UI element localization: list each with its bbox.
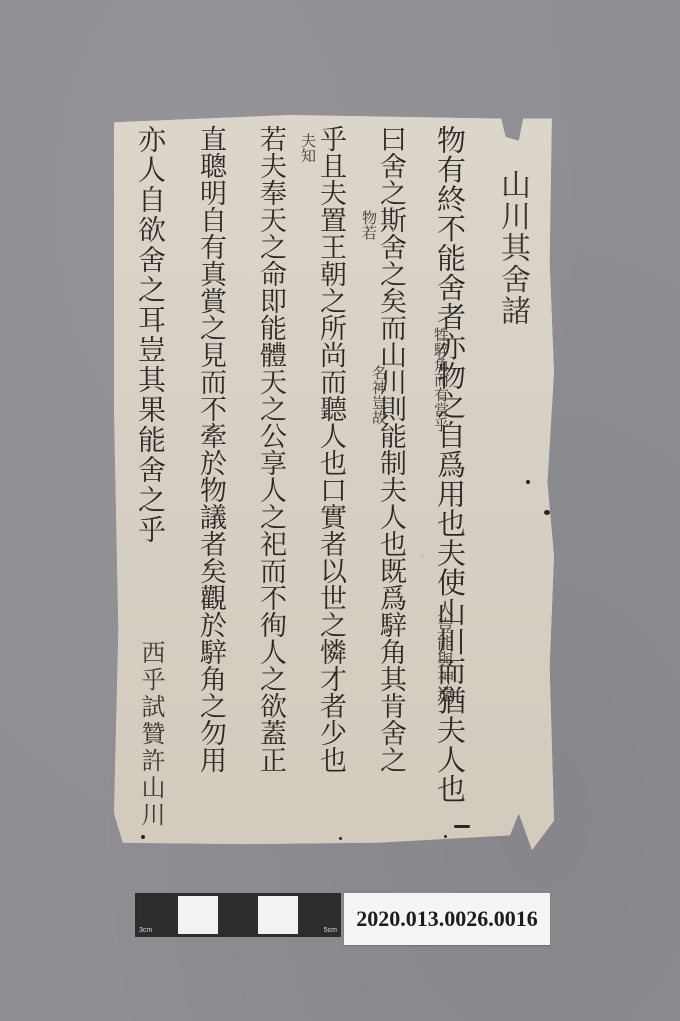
scale-segment-dark	[218, 896, 258, 934]
scale-segment-light	[258, 896, 298, 934]
scale-label-left: 3cm	[139, 927, 152, 934]
marginal-annotation: 物若	[360, 210, 378, 240]
signature: 西乎試贊許山川	[136, 640, 166, 829]
ink-spot	[339, 837, 342, 840]
ink-spot	[141, 835, 145, 839]
manuscript-column: 若夫奉天之命即能體天之公享人之祀而不徇人之欲蓋正	[242, 125, 298, 845]
catalog-number-label: 2020.013.0026.0016	[344, 893, 550, 945]
manuscript-title-column: 山川其舍諸	[490, 169, 534, 845]
manuscript-column: 直聰明自有真賞之見而不牽於物議者矣觀於騂角之勿用	[182, 125, 238, 845]
manuscript-column: 物有終不能舍者亦物之自爲用也夫使山川而猶夫人也	[422, 125, 478, 845]
scale-label-right: 5cm	[324, 927, 337, 934]
marginal-annotation: 夫知	[299, 133, 317, 163]
manuscript-text: 山川其舍諸 物有終不能舍者亦物之自爲用也夫使山川而猶夫人也 曰舍之斯舍之矣而山川…	[122, 125, 534, 845]
marginal-annotation: 人豈能與神遠	[434, 600, 452, 702]
marginal-annotation: 牲騂角而有當乎	[432, 327, 450, 432]
scale-segment-light	[178, 896, 218, 934]
scale-segment-dark: 5cm	[298, 896, 338, 934]
manuscript-column: 乎且夫置王朝之所尚而聽人也口實者以世之憐才者少也	[302, 125, 358, 845]
manuscript-page: 山川其舍諸 物有終不能舍者亦物之自爲用也夫使山川而猶夫人也 曰舍之斯舍之矣而山川…	[114, 115, 554, 850]
ink-mark	[454, 825, 470, 828]
scale-bar: 3cm 5cm	[135, 893, 341, 937]
ink-spot	[526, 480, 530, 484]
ink-spot	[544, 510, 550, 515]
ink-spot	[444, 835, 447, 838]
scale-segment-dark: 3cm	[138, 896, 178, 934]
catalog-number: 2020.013.0026.0016	[356, 906, 538, 932]
marginal-annotation: 名神豈故	[370, 365, 388, 425]
